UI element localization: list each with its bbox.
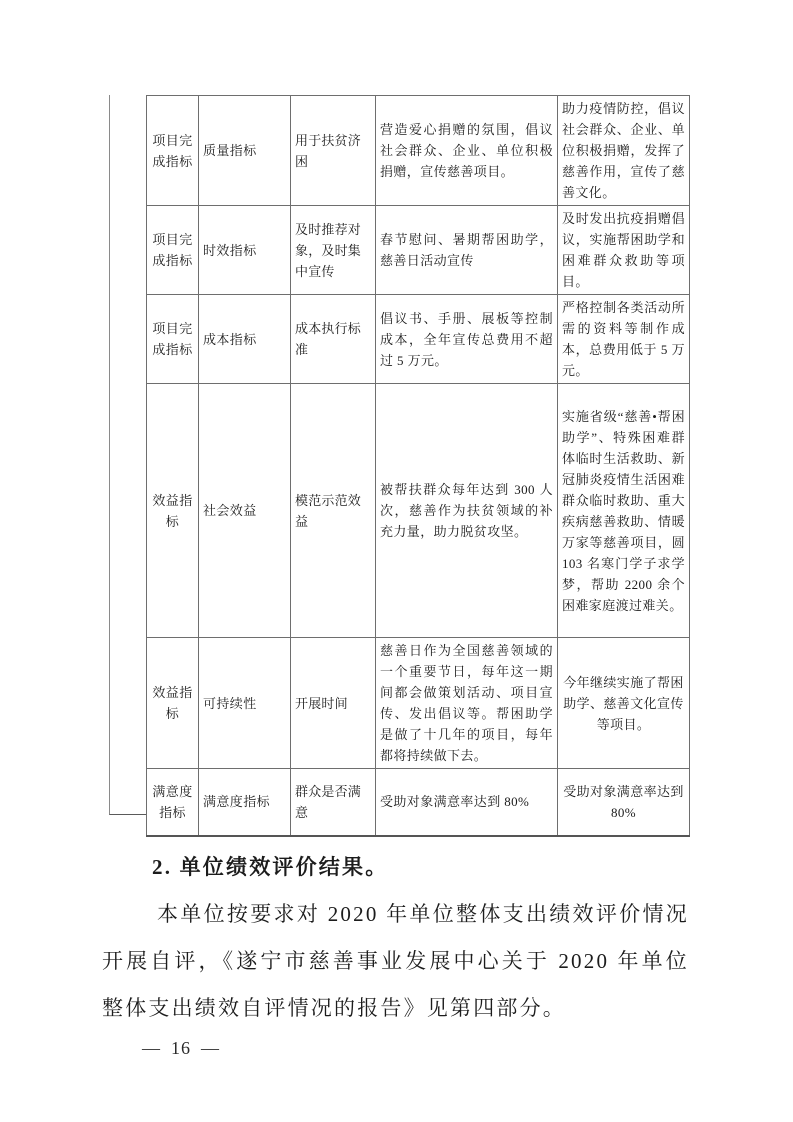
section-heading: 2. 单位绩效评价结果。: [102, 844, 689, 891]
table-cell: 春节慰问、暑期帮困助学，慈善日活动宣传: [376, 206, 558, 295]
table-cell: 质量指标: [199, 96, 291, 206]
table-cell: 及时发出抗疫捐赠倡议，实施帮困助学和困难群众救助等项目。: [558, 206, 690, 295]
footer-page-number: 16: [171, 1038, 191, 1058]
table-row: 项目完成指标 时效指标 及时推荐对象，及时集中宣传 春节慰问、暑期帮困助学，慈善…: [147, 206, 690, 295]
table-cell: 慈善日作为全国慈善领域的一个重要节日，每年这一期间都会做策划活动、项目宣传、发出…: [376, 638, 558, 769]
table-cell: 受助对象满意率达到 80%: [376, 769, 558, 836]
table-cell: 营造爱心捐赠的氛围，倡议社会群众、企业、单位积极捐赠，宣传慈善项目。: [376, 96, 558, 206]
table-cell: 群众是否满意: [291, 769, 376, 836]
table-cell: 效益指标: [147, 384, 199, 638]
table-cell: 严格控制各类活动所需的资料等制作成本，总费用低于 5 万元。: [558, 295, 690, 384]
footer-right-dash: —: [201, 1038, 220, 1058]
table-cell: 项目完成指标: [147, 206, 199, 295]
table-cell: 可持续性: [199, 638, 291, 769]
table-row: 效益指标 社会效益 模范示范效益 被帮扶群众每年达到 300 人次，慈善作为扶贫…: [147, 384, 690, 638]
table-cell: 时效指标: [199, 206, 291, 295]
table-cell: 满意度指标: [147, 769, 199, 836]
body-paragraph: 本单位按要求对 2020 年单位整体支出绩效评价情况开展自评，《遂宁市慈善事业发…: [102, 891, 689, 1032]
table-row: 满意度指标 满意度指标 群众是否满意 受助对象满意率达到 80% 受助对象满意率…: [147, 769, 690, 836]
table-cell: 被帮扶群众每年达到 300 人次，慈善作为扶贫领域的补充力量，助力脱贫攻坚。: [376, 384, 558, 638]
table-cell: 用于扶贫济困: [291, 96, 376, 206]
table-cell: 及时推荐对象，及时集中宣传: [291, 206, 376, 295]
table-cell: 效益指标: [147, 638, 199, 769]
table-cell: 成本执行标准: [291, 295, 376, 384]
table-cell: 成本指标: [199, 295, 291, 384]
table-cell: 助力疫情防控，倡议社会群众、企业、单位积极捐赠，发挥了慈善作用，宣传了慈善文化。: [558, 96, 690, 206]
table-row: 项目完成指标 成本指标 成本执行标准 倡议书、手册、展板等控制成本，全年宣传总费…: [147, 295, 690, 384]
table-cell: 项目完成指标: [147, 96, 199, 206]
table-cell: 社会效益: [199, 384, 291, 638]
page-number: —16—: [142, 1038, 220, 1059]
table-cell: 倡议书、手册、展板等控制成本，全年宣传总费用不超过 5 万元。: [376, 295, 558, 384]
table-cell: 受助对象满意率达到 80%: [558, 769, 690, 836]
body-text-block: 2. 单位绩效评价结果。 本单位按要求对 2020 年单位整体支出绩效评价情况开…: [102, 844, 689, 1032]
table-cell: 满意度指标: [199, 769, 291, 836]
table-cell: 项目完成指标: [147, 295, 199, 384]
table-row: 效益指标 可持续性 开展时间 慈善日作为全国慈善领域的一个重要节日，每年这一期间…: [147, 638, 690, 769]
table-cell: 实施省级“慈善•帮困助学”、特殊困难群体临时生活救助、新冠肺炎疫情生活困难群众临…: [558, 384, 690, 638]
table-row: 项目完成指标 质量指标 用于扶贫济困 营造爱心捐赠的氛围，倡议社会群众、企业、单…: [147, 96, 690, 206]
table-cell: 模范示范效益: [291, 384, 376, 638]
table-cell: 开展时间: [291, 638, 376, 769]
table-continuation-column: [109, 95, 146, 815]
table-cell: 今年继续实施了帮困助学、慈善文化宣传等项目。: [558, 638, 690, 769]
performance-indicator-table: 项目完成指标 质量指标 用于扶贫济困 营造爱心捐赠的氛围，倡议社会群众、企业、单…: [146, 95, 690, 837]
footer-left-dash: —: [142, 1038, 161, 1058]
document-page: 项目完成指标 质量指标 用于扶贫济困 营造爱心捐赠的氛围，倡议社会群众、企业、单…: [0, 0, 793, 1122]
